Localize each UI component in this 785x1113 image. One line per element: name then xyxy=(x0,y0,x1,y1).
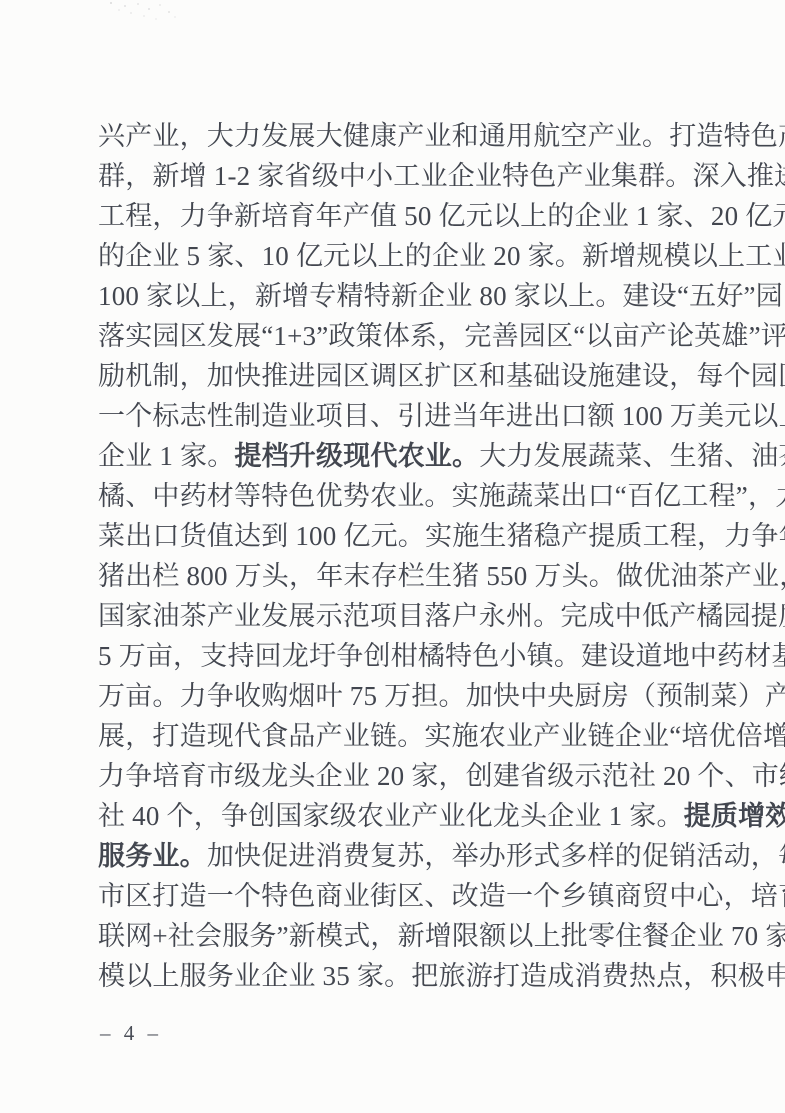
text-line: 工程，力争新培育年产值 50 亿元以上的企业 1 家、20 亿元以上 xyxy=(98,196,690,236)
text-line: 橘、中药材等特色优势农业。实施蔬菜出口“百亿工程”，力争蔬 xyxy=(98,476,690,516)
text-run: 社 40 个，争创国家级农业产业化龙头企业 1 家。 xyxy=(98,801,684,831)
text-line: 一个标志性制造业项目、引进当年进出口额 100 万美元以上实体 xyxy=(98,396,690,436)
bold-text-run: 服务业。 xyxy=(98,841,207,871)
text-line: 展，打造现代食品产业链。实施农业产业链企业“培优倍增”计划， xyxy=(98,716,690,756)
text-run: 万亩。力争收购烟叶 75 万担。加快中央厨房（预制菜）产业发 xyxy=(98,681,785,711)
text-line: 社 40 个，争创国家级农业产业化龙头企业 1 家。提质增效现代 xyxy=(98,796,690,836)
text-run: 的企业 5 家、10 亿元以上的企业 20 家。新增规模以上工业企业 xyxy=(98,241,785,271)
text-line: 的企业 5 家、10 亿元以上的企业 20 家。新增规模以上工业企业 xyxy=(98,236,690,276)
scanned-document-page: 兴产业，大力发展大健康产业和通用航空产业。打造特色产业集群，新增 1-2 家省级… xyxy=(0,0,785,1113)
text-line: 菜出口货值达到 100 亿元。实施生猪稳产提质工程，力争年内生 xyxy=(98,516,690,556)
text-run: 联网+社会服务”新模式，新增限额以上批零住餐企业 70 家、规 xyxy=(98,921,785,951)
body-text: 兴产业，大力发展大健康产业和通用航空产业。打造特色产业集群，新增 1-2 家省级… xyxy=(98,116,690,996)
text-line: 5 万亩，支持回龙圩争创柑橘特色小镇。建设道地中药材基地 50 xyxy=(98,636,690,676)
text-line: 企业 1 家。提档升级现代农业。大力发展蔬菜、生猪、油茶、柑 xyxy=(98,436,690,476)
text-line: 市区打造一个特色商业街区、改造一个乡镇商贸中心，培育“互 xyxy=(98,876,690,916)
text-line: 落实园区发展“1+3”政策体系，完善园区“以亩产论英雄”评价激 xyxy=(98,316,690,356)
text-run: 落实园区发展“1+3”政策体系，完善园区“以亩产论英雄”评价激 xyxy=(98,321,785,351)
text-line: 100 家以上，新增专精特新企业 80 家以上。建设“五好”园区， xyxy=(98,276,690,316)
text-line: 励机制，加快推进园区调区扩区和基础设施建设，每个园区打造 xyxy=(98,356,690,396)
text-run: 兴产业，大力发展大健康产业和通用航空产业。打造特色产业集 xyxy=(98,121,785,151)
text-run: 企业 1 家。 xyxy=(98,441,234,471)
bold-text-run: 提质增效现代 xyxy=(684,801,785,831)
text-run: 一个标志性制造业项目、引进当年进出口额 100 万美元以上实体 xyxy=(98,401,785,431)
text-run: 力争培育市级龙头企业 20 家，创建省级示范社 20 个、市级示范 xyxy=(98,761,785,791)
text-line: 力争培育市级龙头企业 20 家，创建省级示范社 20 个、市级示范 xyxy=(98,756,690,796)
text-run: 橘、中药材等特色优势农业。实施蔬菜出口“百亿工程”，力争蔬 xyxy=(98,481,785,511)
text-line: 万亩。力争收购烟叶 75 万担。加快中央厨房（预制菜）产业发 xyxy=(98,676,690,716)
text-line: 联网+社会服务”新模式，新增限额以上批零住餐企业 70 家、规 xyxy=(98,916,690,956)
bold-text-run: 提档升级现代农业。 xyxy=(234,441,479,471)
text-run: 大力发展蔬菜、生猪、油茶、柑 xyxy=(479,441,785,471)
scan-noise-speckles xyxy=(110,2,112,4)
text-run: 展，打造现代食品产业链。实施农业产业链企业“培优倍增”计划， xyxy=(98,721,785,751)
text-line: 模以上服务业企业 35 家。把旅游打造成消费热点，积极申办第 xyxy=(98,956,690,996)
text-run: 国家油茶产业发展示范项目落户永州。完成中低产橘园提质改造 xyxy=(98,601,785,631)
page-number: – 4 – xyxy=(100,1020,162,1046)
text-run: 猪出栏 800 万头，年末存栏生猪 550 万头。做优油茶产业，争取 xyxy=(98,561,785,591)
text-line: 群，新增 1-2 家省级中小工业企业特色产业集群。深入推进“521” xyxy=(98,156,690,196)
text-line: 兴产业，大力发展大健康产业和通用航空产业。打造特色产业集 xyxy=(98,116,690,156)
text-run: 群，新增 1-2 家省级中小工业企业特色产业集群。深入推进“521” xyxy=(98,161,785,191)
text-run: 工程，力争新培育年产值 50 亿元以上的企业 1 家、20 亿元以上 xyxy=(98,201,785,231)
text-line: 服务业。加快促进消费复苏，举办形式多样的促销活动，每个县 xyxy=(98,836,690,876)
text-run: 5 万亩，支持回龙圩争创柑橘特色小镇。建设道地中药材基地 50 xyxy=(98,641,785,671)
text-line: 猪出栏 800 万头，年末存栏生猪 550 万头。做优油茶产业，争取 xyxy=(98,556,690,596)
text-run: 励机制，加快推进园区调区扩区和基础设施建设，每个园区打造 xyxy=(98,361,785,391)
text-run: 模以上服务业企业 35 家。把旅游打造成消费热点，积极申办第 xyxy=(98,961,785,991)
text-run: 100 家以上，新增专精特新企业 80 家以上。建设“五好”园区， xyxy=(98,281,785,311)
text-run: 加快促进消费复苏，举办形式多样的促销活动，每个县 xyxy=(207,841,785,871)
text-run: 市区打造一个特色商业街区、改造一个乡镇商贸中心，培育“互 xyxy=(98,881,785,911)
text-run: 菜出口货值达到 100 亿元。实施生猪稳产提质工程，力争年内生 xyxy=(98,521,785,551)
text-line: 国家油茶产业发展示范项目落户永州。完成中低产橘园提质改造 xyxy=(98,596,690,636)
